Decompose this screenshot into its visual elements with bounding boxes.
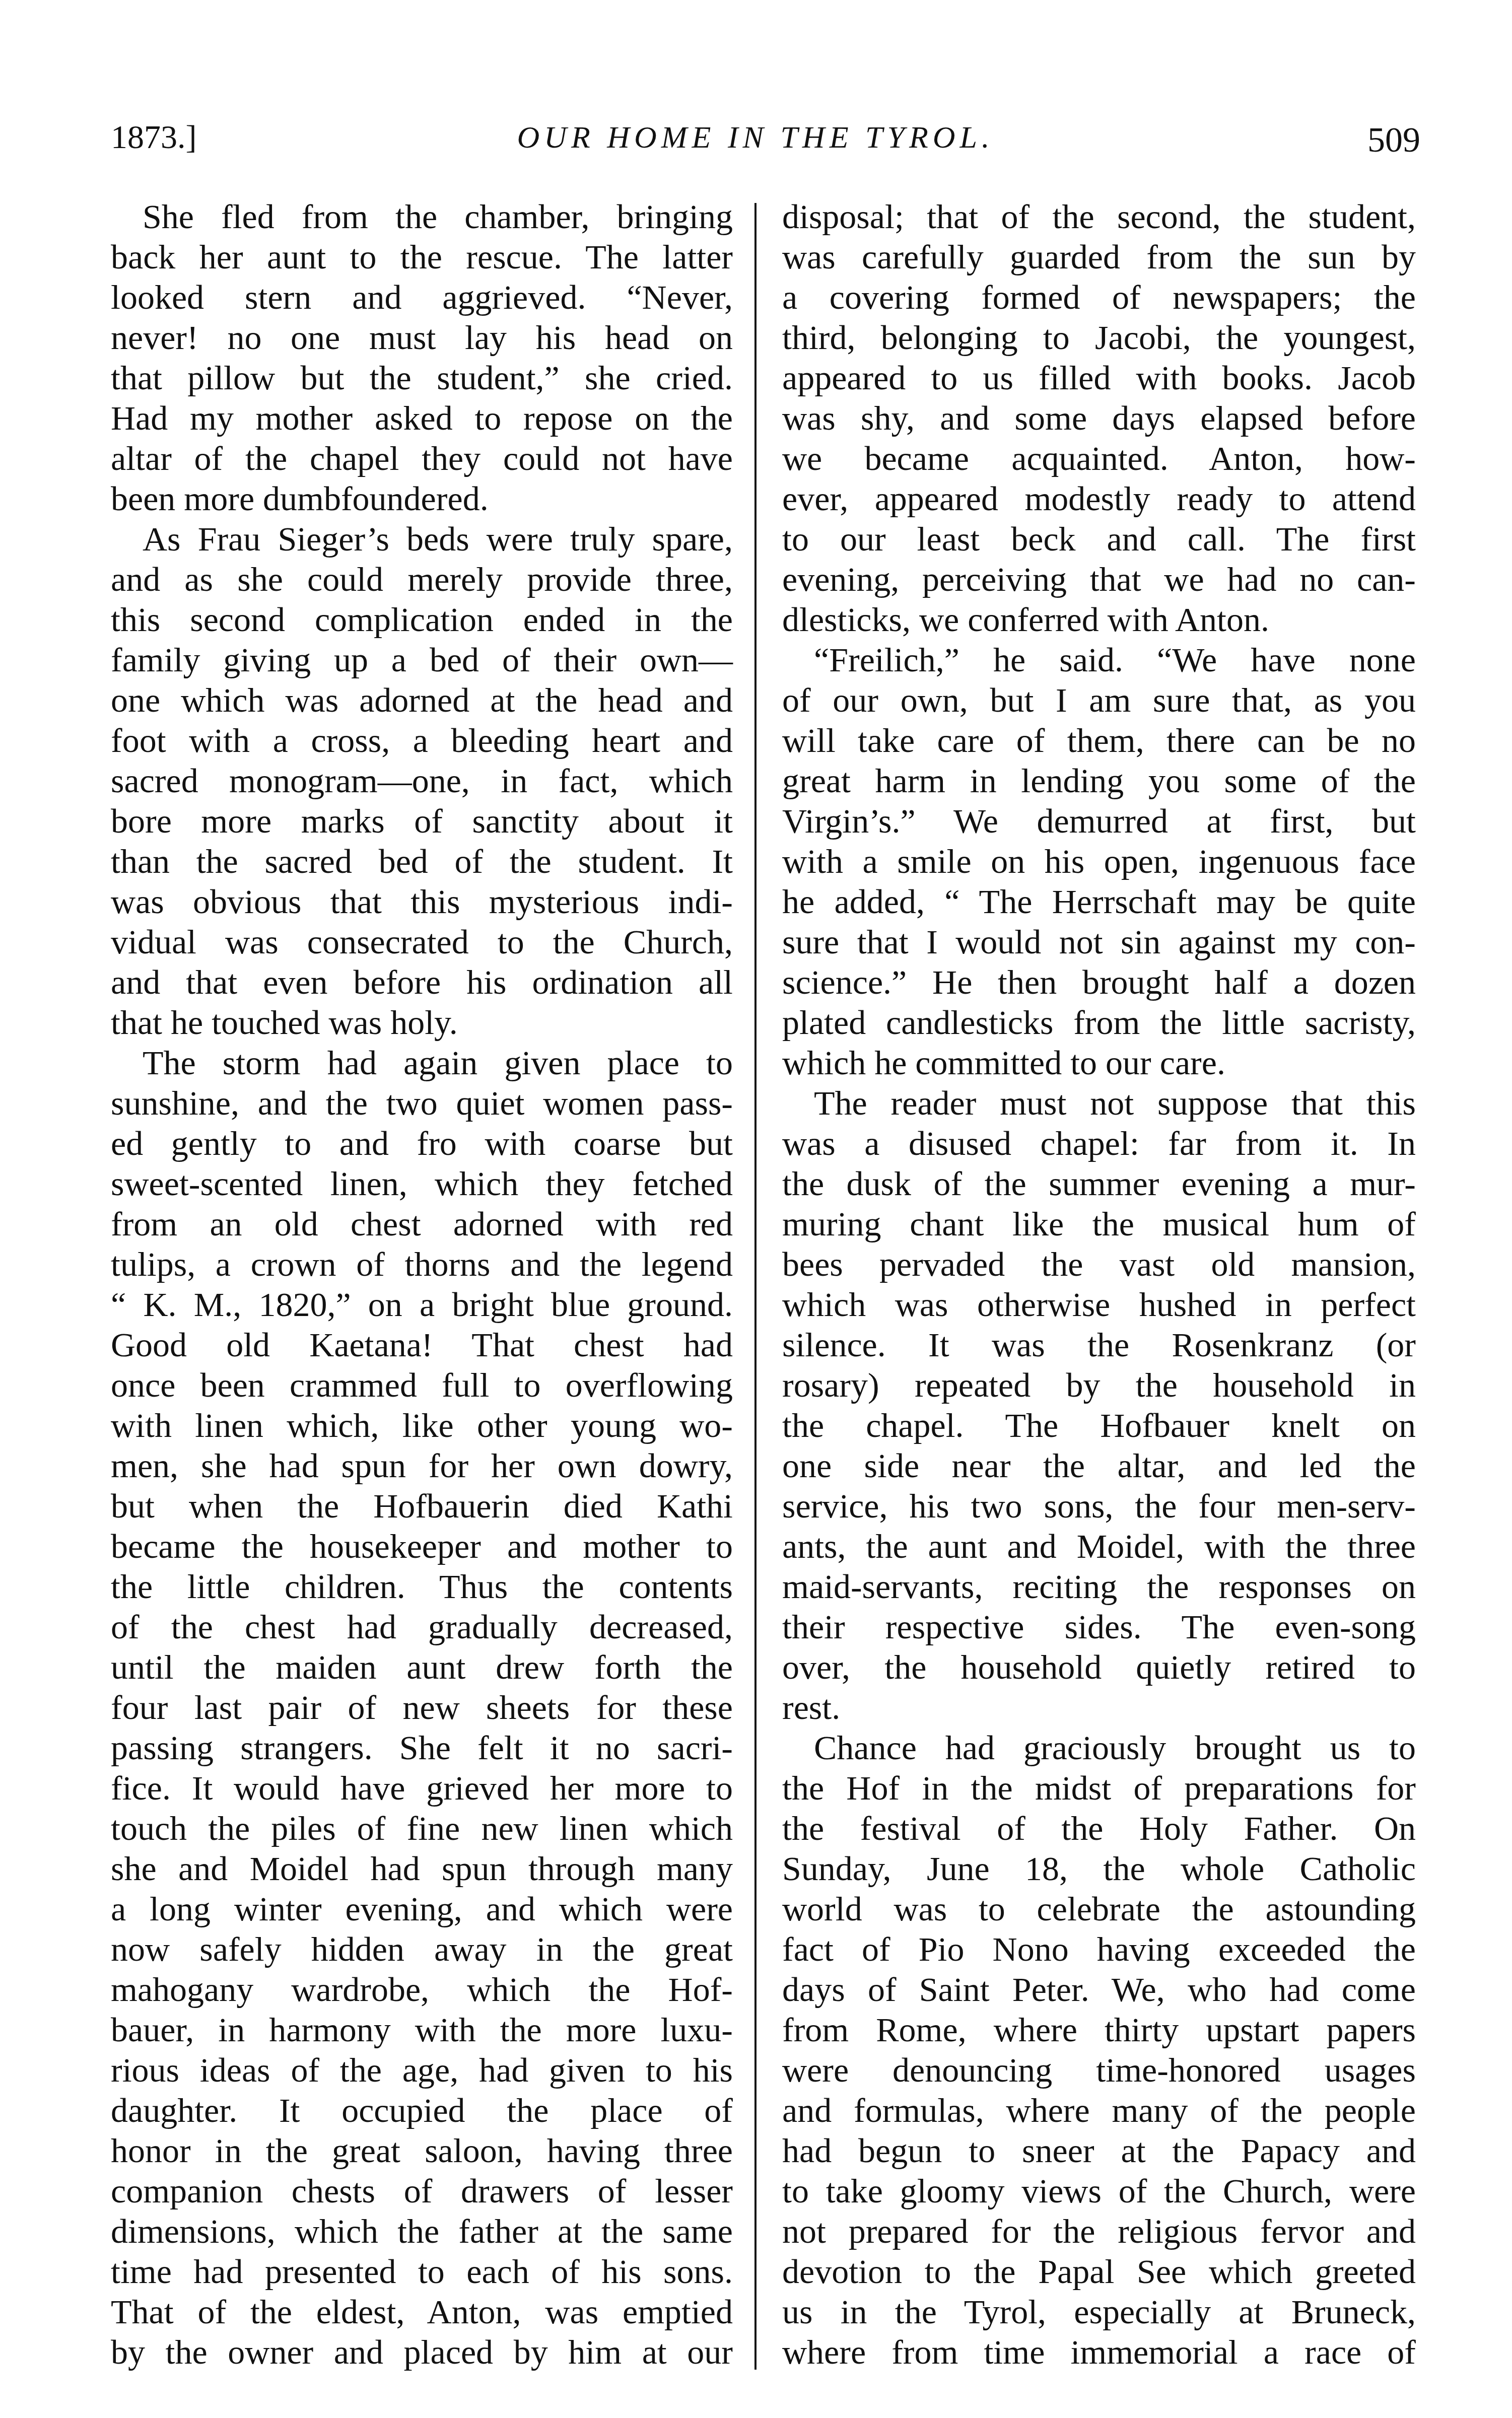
- text-line: we became acquainted. Anton, how-: [782, 438, 1416, 478]
- book-page: 1873.] OUR HOME IN THE TYROL. 509 She fl…: [0, 0, 1512, 2418]
- text-line: of our own, but I am sure that, as you: [782, 680, 1416, 720]
- text-line: four last pair of new sheets for these: [111, 1687, 733, 1728]
- text-line: with linen which, like other young wo-: [111, 1405, 733, 1445]
- text-line: tulips, a crown of thorns and the legend: [111, 1244, 733, 1284]
- text-line: the festival of the Holy Father. On: [782, 1808, 1416, 1848]
- text-line: She fled from the chamber, bringing: [111, 196, 733, 237]
- paragraph: As Frau Sieger’s beds were truly spare,a…: [111, 519, 733, 1043]
- text-line: rest.: [782, 1687, 1416, 1728]
- text-line: and that even before his ordination all: [111, 962, 733, 1002]
- paragraph: She fled from the chamber, bringingback …: [111, 196, 733, 519]
- text-line: The reader must not suppose that this: [782, 1083, 1416, 1123]
- text-line: ed gently to and fro with coarse but: [111, 1123, 733, 1163]
- column-divider: [754, 859, 757, 2370]
- text-line: daughter. It occupied the place of: [111, 2090, 733, 2130]
- text-line: their respective sides. The even-song: [782, 1607, 1416, 1647]
- text-line: Had my mother asked to repose on the: [111, 398, 733, 438]
- text-line: with a smile on his open, ingenuous face: [782, 841, 1416, 881]
- paragraph: The storm had again given place tosunshi…: [111, 1043, 733, 2372]
- text-line: mahogany wardrobe, which the Hof-: [111, 1969, 733, 2010]
- text-line: now safely hidden away in the great: [111, 1929, 733, 1969]
- text-line: rosary) repeated by the household in: [782, 1365, 1416, 1405]
- text-line: Sunday, June 18, the whole Catholic: [782, 1848, 1416, 1889]
- text-line: a covering formed of newspapers; the: [782, 277, 1416, 317]
- text-line: one which was adorned at the head and: [111, 680, 733, 720]
- left-column: She fled from the chamber, bringingback …: [111, 196, 733, 2372]
- text-line: sacred monogram—one, in fact, which: [111, 761, 733, 801]
- running-head-title: OUR HOME IN THE TYROL.: [471, 115, 1040, 160]
- text-line: was obvious that this mysterious indi-: [111, 881, 733, 922]
- text-line: fice. It would have grieved her more to: [111, 1768, 733, 1808]
- text-line: was shy, and some days elapsed before: [782, 398, 1416, 438]
- text-line: Chance had graciously brought us to: [782, 1728, 1416, 1768]
- text-line: he added, “ The Herrschaft may be quite: [782, 881, 1416, 922]
- text-line: by the owner and placed by him at our: [111, 2332, 733, 2372]
- text-line: That of the eldest, Anton, was emptied: [111, 2292, 733, 2332]
- text-line: “ K. M., 1820,” on a bright blue ground.: [111, 1284, 733, 1325]
- text-line: looked stern and aggrieved. “Never,: [111, 277, 733, 317]
- text-line: sunshine, and the two quiet women pass-: [111, 1083, 733, 1123]
- text-line: altar of the chapel they could not have: [111, 438, 733, 478]
- text-line: sweet-scented linen, which they fetched: [111, 1163, 733, 1204]
- text-line: bees pervaded the vast old mansion,: [782, 1244, 1416, 1284]
- text-line: vidual was consecrated to the Church,: [111, 922, 733, 962]
- text-line: The storm had again given place to: [111, 1043, 733, 1083]
- column-divider: [754, 203, 757, 859]
- text-line: fact of Pio Nono having exceeded the: [782, 1929, 1416, 1969]
- text-line: days of Saint Peter. We, who had come: [782, 1969, 1416, 2010]
- text-line: ever, appeared modestly ready to attend: [782, 478, 1416, 519]
- text-line: where from time immemorial a race of: [782, 2332, 1416, 2372]
- text-line: disposal; that of the second, the studen…: [782, 196, 1416, 237]
- text-line: that pillow but the student,” she cried.: [111, 358, 733, 398]
- text-line: honor in the great saloon, having three: [111, 2130, 733, 2171]
- text-line: evening, perceiving that we had no can-: [782, 559, 1416, 599]
- text-line: was a disused chapel: far from it. In: [782, 1123, 1416, 1163]
- text-line: science.” He then brought half a dozen: [782, 962, 1416, 1002]
- text-line: will take care of them, there can be no: [782, 720, 1416, 761]
- text-line: “Freilich,” he said. “We have none: [782, 640, 1416, 680]
- text-line: bauer, in harmony with the more luxu-: [111, 2010, 733, 2050]
- text-line: As Frau Sieger’s beds were truly spare,: [111, 519, 733, 559]
- text-line: she and Moidel had spun through many: [111, 1848, 733, 1889]
- text-line: world was to celebrate the astounding: [782, 1889, 1416, 1929]
- text-line: time had presented to each of his sons.: [111, 2251, 733, 2292]
- text-line: the dusk of the summer evening a mur-: [782, 1163, 1416, 1204]
- text-line: and formulas, where many of the people: [782, 2090, 1416, 2130]
- text-line: to take gloomy views of the Church, were: [782, 2171, 1416, 2211]
- paragraph: The reader must not suppose that thiswas…: [782, 1083, 1416, 1728]
- running-head: 1873.] OUR HOME IN THE TYROL. 509: [0, 115, 1512, 160]
- text-line: appeared to us filled with books. Jacob: [782, 358, 1416, 398]
- text-line: rious ideas of the age, had given to his: [111, 2050, 733, 2090]
- text-line: foot with a cross, a bleeding heart and: [111, 720, 733, 761]
- text-line: the Hof in the midst of preparations for: [782, 1768, 1416, 1808]
- paragraph: disposal; that of the second, the studen…: [782, 196, 1416, 640]
- right-column: disposal; that of the second, the studen…: [782, 196, 1416, 2372]
- text-line: not prepared for the religious fervor an…: [782, 2211, 1416, 2251]
- text-line: maid-servants, reciting the responses on: [782, 1566, 1416, 1607]
- text-line: plated candlesticks from the little sacr…: [782, 1002, 1416, 1043]
- text-line: over, the household quietly retired to: [782, 1647, 1416, 1687]
- text-line: which was otherwise hushed in perfect: [782, 1284, 1416, 1325]
- text-line: were denouncing time-honored usages: [782, 2050, 1416, 2090]
- text-line: the little children. Thus the contents: [111, 1566, 733, 1607]
- text-line: a long winter evening, and which were: [111, 1889, 733, 1929]
- running-head-year: 1873.]: [111, 115, 196, 160]
- text-line: was carefully guarded from the sun by: [782, 237, 1416, 277]
- text-line: back her aunt to the rescue. The latter: [111, 237, 733, 277]
- text-line: became the housekeeper and mother to: [111, 1526, 733, 1566]
- text-line: and as she could merely provide three,: [111, 559, 733, 599]
- text-line: us in the Tyrol, especially at Bruneck,: [782, 2292, 1416, 2332]
- text-line: dimensions, which the father at the same: [111, 2211, 733, 2251]
- text-line: men, she had spun for her own dowry,: [111, 1445, 733, 1486]
- text-line: ants, the aunt and Moidel, with the thre…: [782, 1526, 1416, 1566]
- text-line: one side near the altar, and led the: [782, 1445, 1416, 1486]
- text-line: than the sacred bed of the student. It: [111, 841, 733, 881]
- paragraph: “Freilich,” he said. “We have noneof our…: [782, 640, 1416, 1083]
- text-line: Good old Kaetana! That chest had: [111, 1325, 733, 1365]
- text-line: devotion to the Papal See which greeted: [782, 2251, 1416, 2292]
- text-line: service, his two sons, the four men-serv…: [782, 1486, 1416, 1526]
- text-line: bore more marks of sanctity about it: [111, 801, 733, 841]
- text-line: to our least beck and call. The first: [782, 519, 1416, 559]
- paragraph: Chance had graciously brought us tothe H…: [782, 1728, 1416, 2372]
- text-line: this second complication ended in the: [111, 599, 733, 640]
- text-line: companion chests of drawers of lesser: [111, 2171, 733, 2211]
- text-line: great harm in lending you some of the: [782, 761, 1416, 801]
- text-line: family giving up a bed of their own—: [111, 640, 733, 680]
- text-line: that he touched was holy.: [111, 1002, 733, 1043]
- text-line: silence. It was the Rosenkranz (or: [782, 1325, 1416, 1365]
- text-line: sure that I would not sin against my con…: [782, 922, 1416, 962]
- text-line: of the chest had gradually decreased,: [111, 1607, 733, 1647]
- text-line: never! no one must lay his head on: [111, 317, 733, 358]
- text-line: touch the piles of fine new linen which: [111, 1808, 733, 1848]
- text-line: had begun to sneer at the Papacy and: [782, 2130, 1416, 2171]
- text-line: Virgin’s.” We demurred at first, but: [782, 801, 1416, 841]
- text-line: from Rome, where thirty upstart papers: [782, 2010, 1416, 2050]
- text-line: passing strangers. She felt it no sacri-: [111, 1728, 733, 1768]
- page-number: 509: [1367, 118, 1420, 163]
- text-line: from an old chest adorned with red: [111, 1204, 733, 1244]
- text-line: muring chant like the musical hum of: [782, 1204, 1416, 1244]
- text-line: which he committed to our care.: [782, 1043, 1416, 1083]
- text-line: until the maiden aunt drew forth the: [111, 1647, 733, 1687]
- text-line: third, belonging to Jacobi, the youngest…: [782, 317, 1416, 358]
- text-line: the chapel. The Hofbauer knelt on: [782, 1405, 1416, 1445]
- text-line: but when the Hofbauerin died Kathi: [111, 1486, 733, 1526]
- text-line: once been crammed full to overflowing: [111, 1365, 733, 1405]
- text-line: dlesticks, we conferred with Anton.: [782, 599, 1416, 640]
- text-line: been more dumbfoundered.: [111, 478, 733, 519]
